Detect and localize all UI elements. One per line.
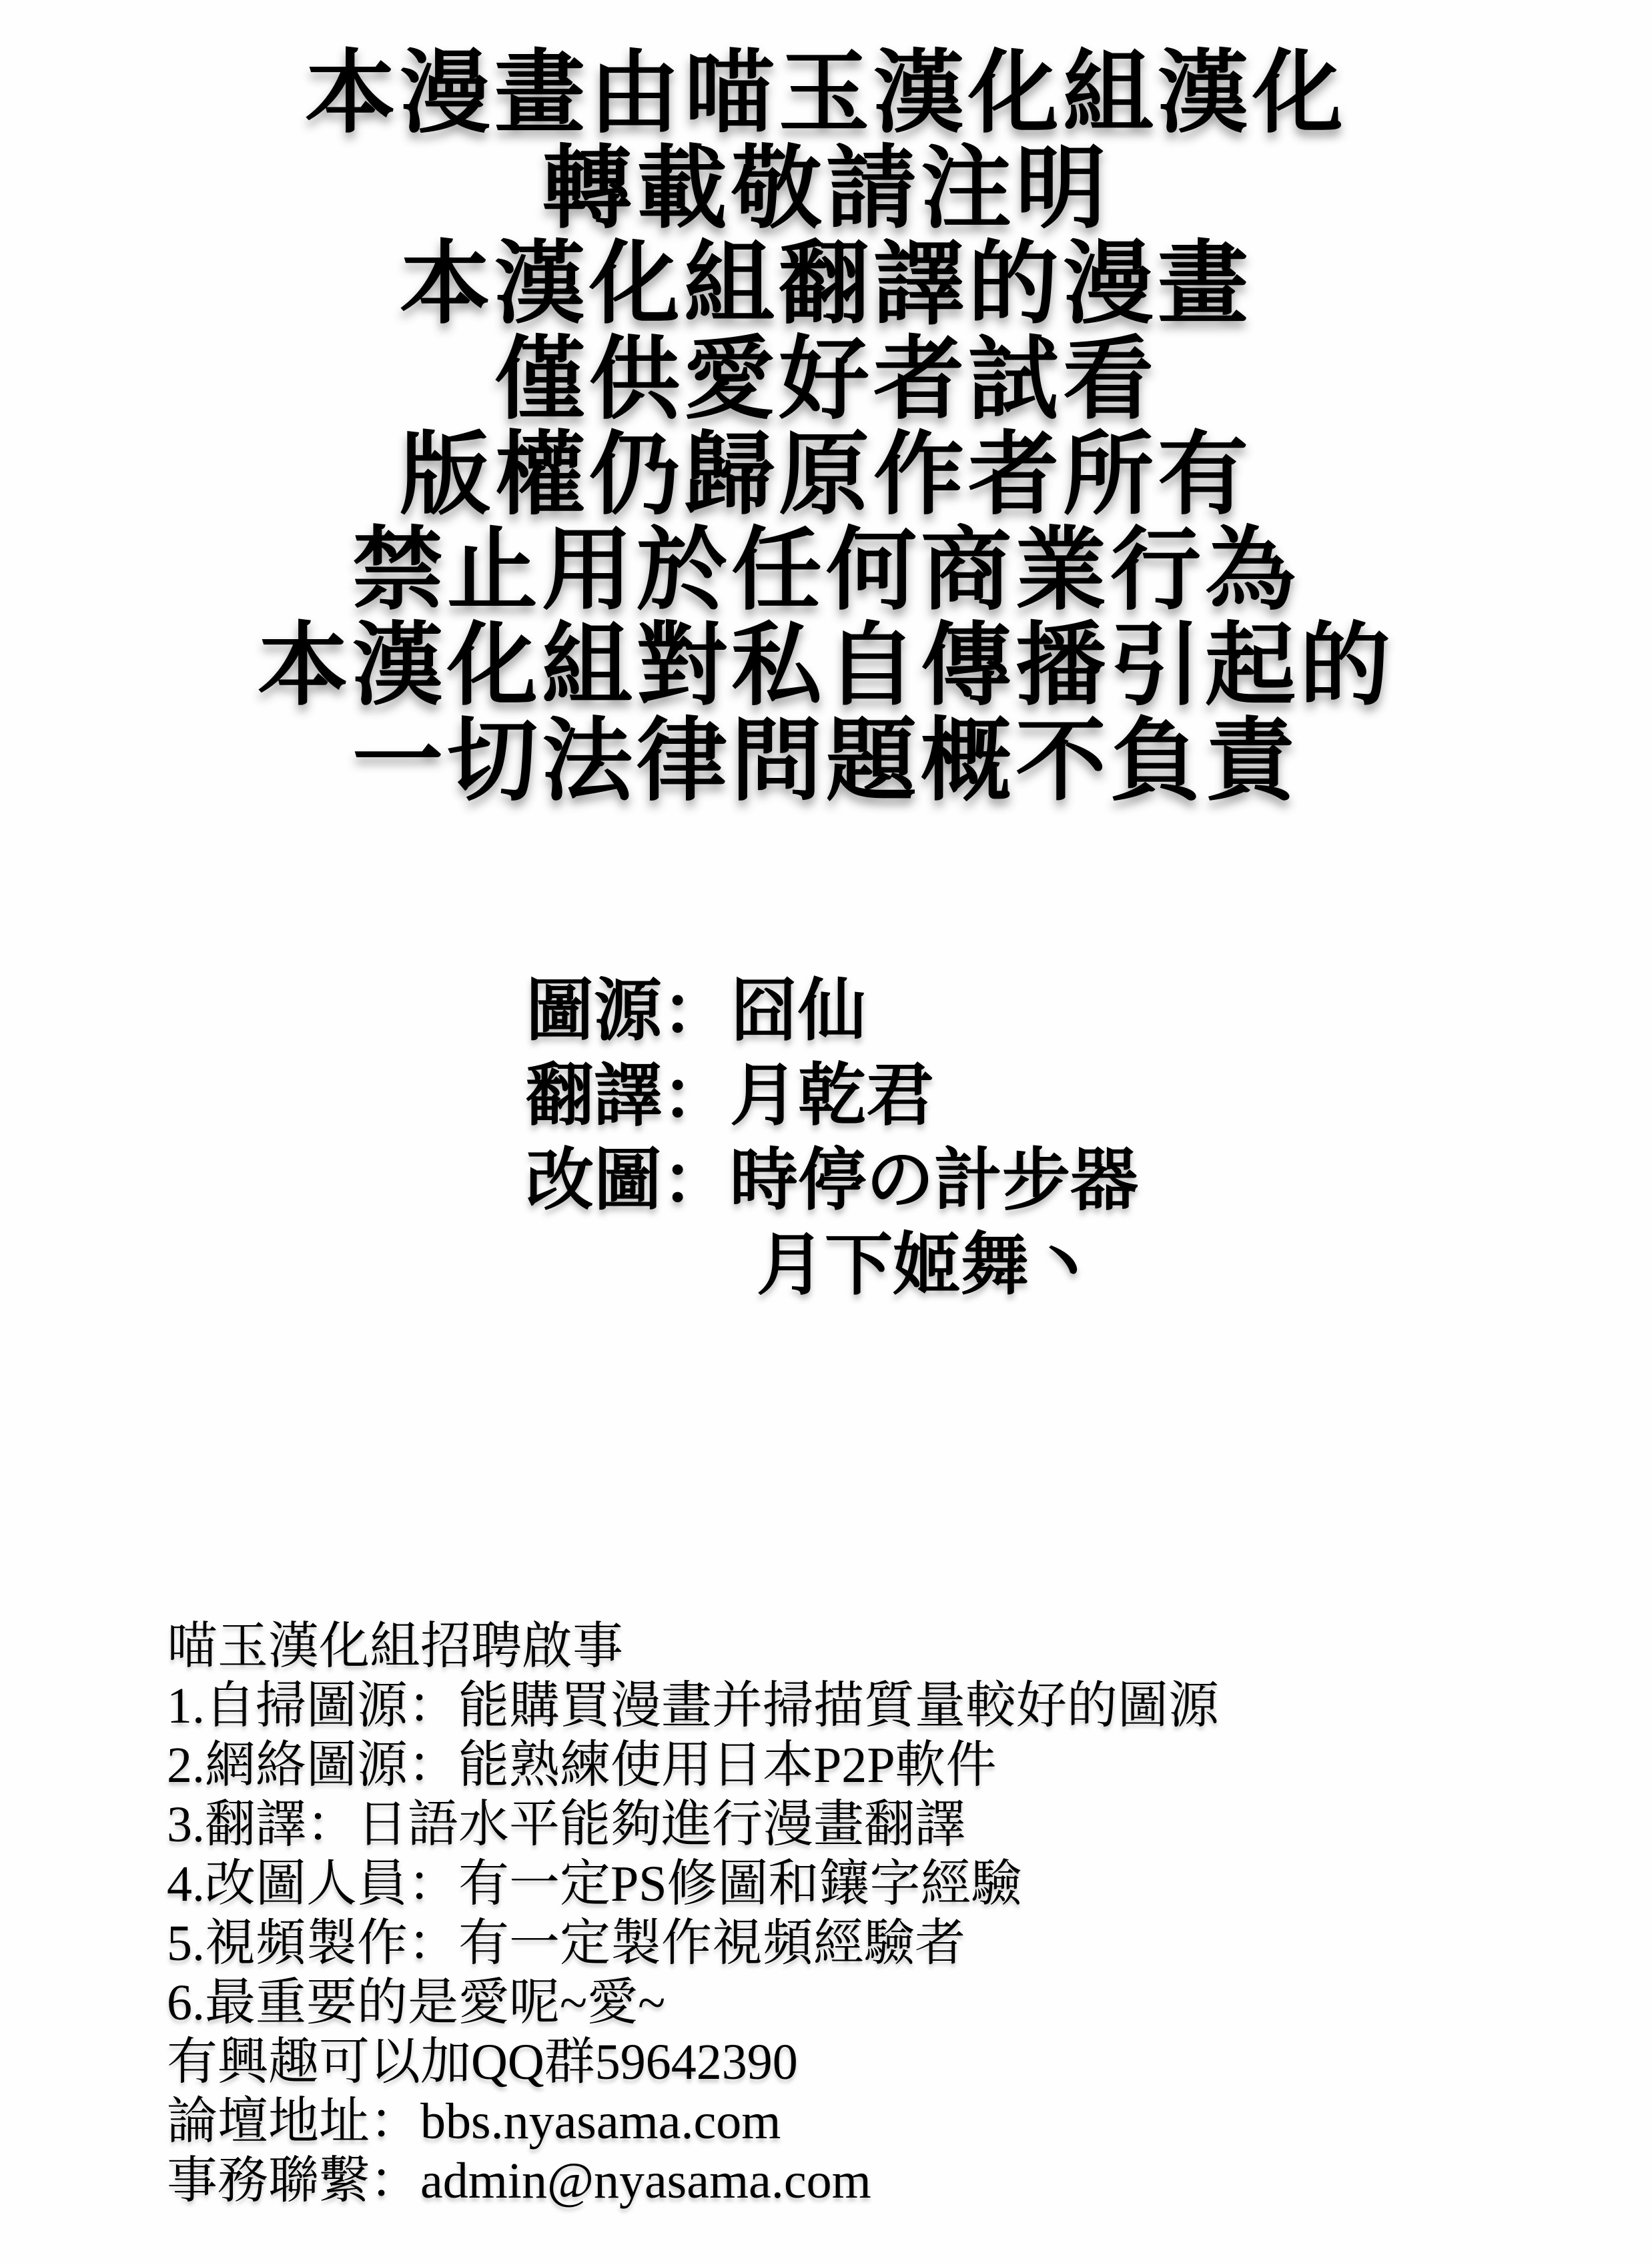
credit-source-line: 圖源：囧仙 [526,969,1138,1053]
disclaimer-line-2: 轉載敬請注明 [0,142,1652,238]
disclaimer-line-6: 禁止用於任何商業行為 [0,524,1652,619]
recruitment-item-6: 6.最重要的是愛呢~愛~ [167,1973,1219,2033]
credits-page: 本漫畫由喵玉漢化組漢化 轉載敬請注明 本漢化組翻譯的漫畫 僅供愛好者試看 版權仍… [0,0,1652,2263]
recruitment-qq-line: 有興趣可以加QQ群59642390 [167,2033,1219,2092]
disclaimer-line-5: 版權仍歸原作者所有 [0,428,1652,524]
credit-editor-line: 改圖：時停の計步器 [526,1138,1138,1223]
disclaimer-line-7: 本漢化組對私自傳播引起的 [0,619,1652,715]
staff-credits-block: 圖源：囧仙 翻譯：月乾君 改圖：時停の計步器 月下姬舞丶 [526,969,1138,1308]
credit-editor-line-2: 月下姬舞丶 [757,1223,1138,1308]
recruitment-item-1: 1.自掃圖源：能購買漫畫并掃描質量較好的圖源 [167,1677,1219,1736]
disclaimer-line-3: 本漢化組翻譯的漫畫 [0,238,1652,333]
disclaimer-line-8: 一切法律問題概不負責 [0,715,1652,810]
recruitment-title: 喵玉漢化組招聘啟事 [167,1617,1219,1677]
disclaimer-line-1: 本漫畫由喵玉漢化組漢化 [0,47,1652,142]
recruitment-email-line: 事務聯繫：admin@nyasama.com [167,2152,1219,2211]
recruitment-block: 喵玉漢化組招聘啟事 1.自掃圖源：能購買漫畫并掃描質量較好的圖源 2.網絡圖源：… [167,1617,1219,2211]
recruitment-item-5: 5.視頻製作：有一定製作視頻經驗者 [167,1914,1219,1973]
recruitment-item-4: 4.改圖人員：有一定PS修圖和鑲字經驗 [167,1855,1219,1914]
recruitment-item-3: 3.翻譯：日語水平能夠進行漫畫翻譯 [167,1795,1219,1855]
credit-translator-line: 翻譯：月乾君 [526,1053,1138,1138]
recruitment-forum-line: 論壇地址：bbs.nyasama.com [167,2092,1219,2152]
recruitment-item-2: 2.網絡圖源：能熟練使用日本P2P軟件 [167,1736,1219,1795]
disclaimer-line-4: 僅供愛好者試看 [0,333,1652,428]
disclaimer-block: 本漫畫由喵玉漢化組漢化 轉載敬請注明 本漢化組翻譯的漫畫 僅供愛好者試看 版權仍… [0,47,1652,810]
